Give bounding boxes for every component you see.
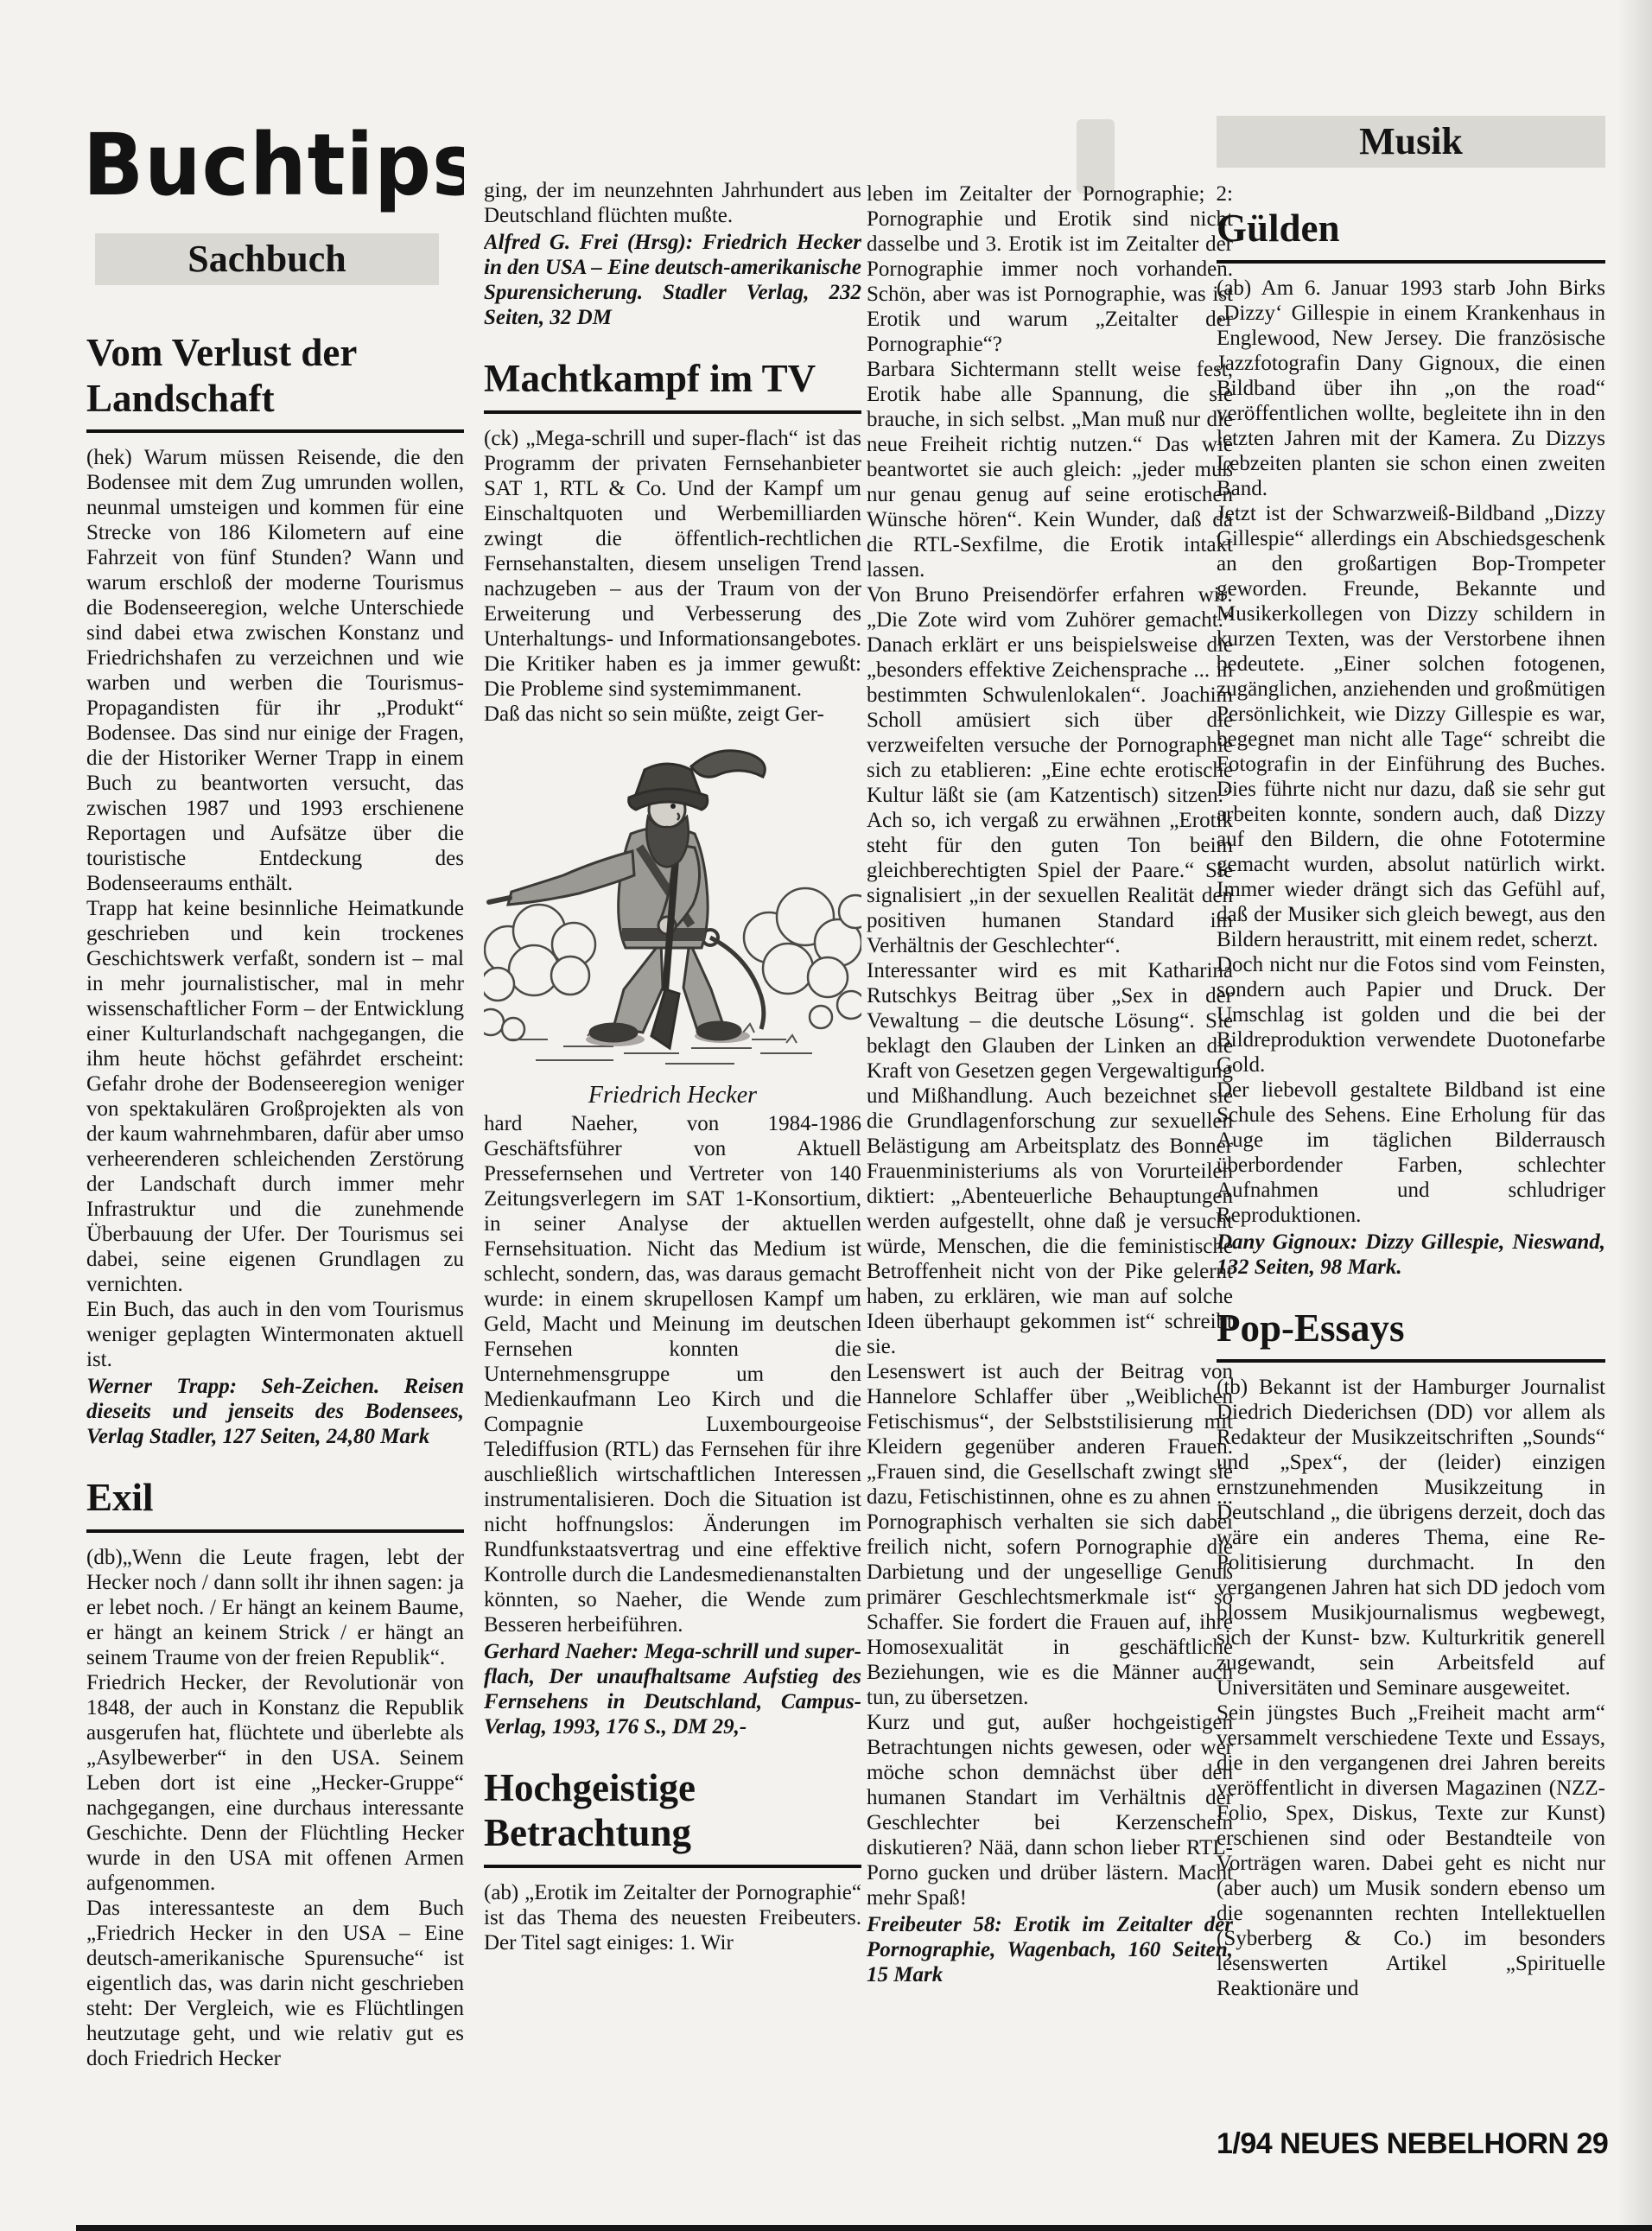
article-paragraph: (ck) „Mega-schrill und super-flach“ ist … bbox=[484, 426, 861, 702]
article-paragraph: (db)„Wenn die Leute fragen, lebt der Hec… bbox=[86, 1545, 464, 1670]
article-paragraph: Doch nicht nur die Fotos sind vom Feinst… bbox=[1217, 952, 1605, 1077]
scan-edge-shade bbox=[1617, 0, 1652, 2231]
article-paragraph: Jetzt ist der Schwarzweiß-Bildband „Dizz… bbox=[1217, 501, 1605, 952]
article-paragraph: Friedrich Hecker, der Revolutionär von 1… bbox=[86, 1670, 464, 1896]
article-paragraph: Der liebevoll gestaltete Bildband ist ei… bbox=[1217, 1077, 1605, 1228]
article-paragraph: Trapp hat keine besinnliche Heimatkunde … bbox=[86, 896, 464, 1297]
article-paragraph: Lesenswert ist auch der Beitrag von Hann… bbox=[867, 1359, 1233, 1710]
article-paragraph: (ab) Am 6. Januar 1993 starb John Birks … bbox=[1217, 276, 1605, 501]
section-header-musik: Musik bbox=[1217, 116, 1605, 168]
book-reference: Freibeuter 58: Erotik im Zeitalter der P… bbox=[867, 1912, 1233, 1987]
article-paragraph: (ab) „Erotik im Zeitalter der Pornograph… bbox=[484, 1880, 861, 1955]
headline-guelden: Gülden bbox=[1217, 206, 1605, 264]
article-paragraph: Ein Buch, das auch in den vom Tourismus … bbox=[86, 1297, 464, 1372]
book-reference: Alfred G. Frei (Hrsg): Friedrich Hecker … bbox=[484, 230, 861, 330]
scan-bottom-edge bbox=[76, 2225, 1652, 2231]
newspaper-page: Buchtips Sachbuch Vom Verlust der Landsc… bbox=[0, 0, 1652, 2231]
column-2: ging, der im neunzehnten Jahrhundert aus… bbox=[484, 178, 861, 2228]
page-footer-issue-number: 1/94 NEUES NEBELHORN 29 bbox=[1217, 2127, 1614, 2161]
book-reference: Gerhard Naeher: Mega-schrill und super-f… bbox=[484, 1639, 861, 1739]
column-3: leben im Zeitalter der Pornographie; 2: … bbox=[867, 181, 1233, 2221]
column-4: Musik Gülden (ab) Am 6. Januar 1993 star… bbox=[1217, 116, 1605, 2112]
column-1: Buchtips Sachbuch Vom Verlust der Landsc… bbox=[86, 119, 464, 2228]
article-paragraph: Interessanter wird es mit Katharina Ruts… bbox=[867, 958, 1233, 1359]
article-paragraph: Barbara Sichtermann stellt weise fest, E… bbox=[867, 357, 1233, 582]
headline-pop-essays: Pop-Essays bbox=[1217, 1306, 1605, 1363]
article-paragraph: Kurz und gut, außer hochgeistigen Betrac… bbox=[867, 1710, 1233, 1910]
article-paragraph: Sein jüngstes Buch „Freiheit macht arm“ … bbox=[1217, 1700, 1605, 2001]
article-paragraph: Von Bruno Preisendörfer erfahren wir: „D… bbox=[867, 582, 1233, 958]
section-header-sachbuch: Sachbuch bbox=[95, 233, 439, 285]
hecker-engraving-figure: Friedrich Hecker bbox=[484, 732, 861, 1109]
headline-exil: Exil bbox=[86, 1475, 464, 1533]
headline-vom-verlust-der-landschaft: Vom Verlust der Landschaft bbox=[86, 330, 464, 433]
article-paragraph: hard Naeher, von 1984-1986 Geschäftsführ… bbox=[484, 1111, 861, 1637]
article-paragraph-continuation: leben im Zeitalter der Pornographie; 2: … bbox=[867, 181, 1233, 357]
article-paragraph: (tb) Bekannt ist der Hamburger Journalis… bbox=[1217, 1375, 1605, 1700]
friedrich-hecker-illustration bbox=[484, 732, 861, 1076]
book-reference: Werner Trapp: Seh-Zeichen. Reisen diesei… bbox=[86, 1374, 464, 1449]
headline-machtkampf-im-tv: Machtkampf im TV bbox=[484, 356, 861, 414]
article-paragraph: Das interessanteste an dem Buch „Friedri… bbox=[86, 1896, 464, 2071]
article-paragraph: Daß das nicht so sein müßte, zeigt Ger- bbox=[484, 702, 861, 727]
article-paragraph: (hek) Warum müssen Reisende, die den Bod… bbox=[86, 445, 464, 896]
article-paragraph-continuation: ging, der im neunzehnten Jahrhundert aus… bbox=[484, 178, 861, 228]
book-reference: Dany Gignoux: Dizzy Gillespie, Nieswand,… bbox=[1217, 1230, 1605, 1280]
headline-hochgeistige-betrachtung: Hochgeistige Betrachtung bbox=[484, 1765, 861, 1868]
buchtips-logo: Buchtips bbox=[86, 123, 464, 208]
illustration-caption: Friedrich Hecker bbox=[484, 1082, 861, 1109]
